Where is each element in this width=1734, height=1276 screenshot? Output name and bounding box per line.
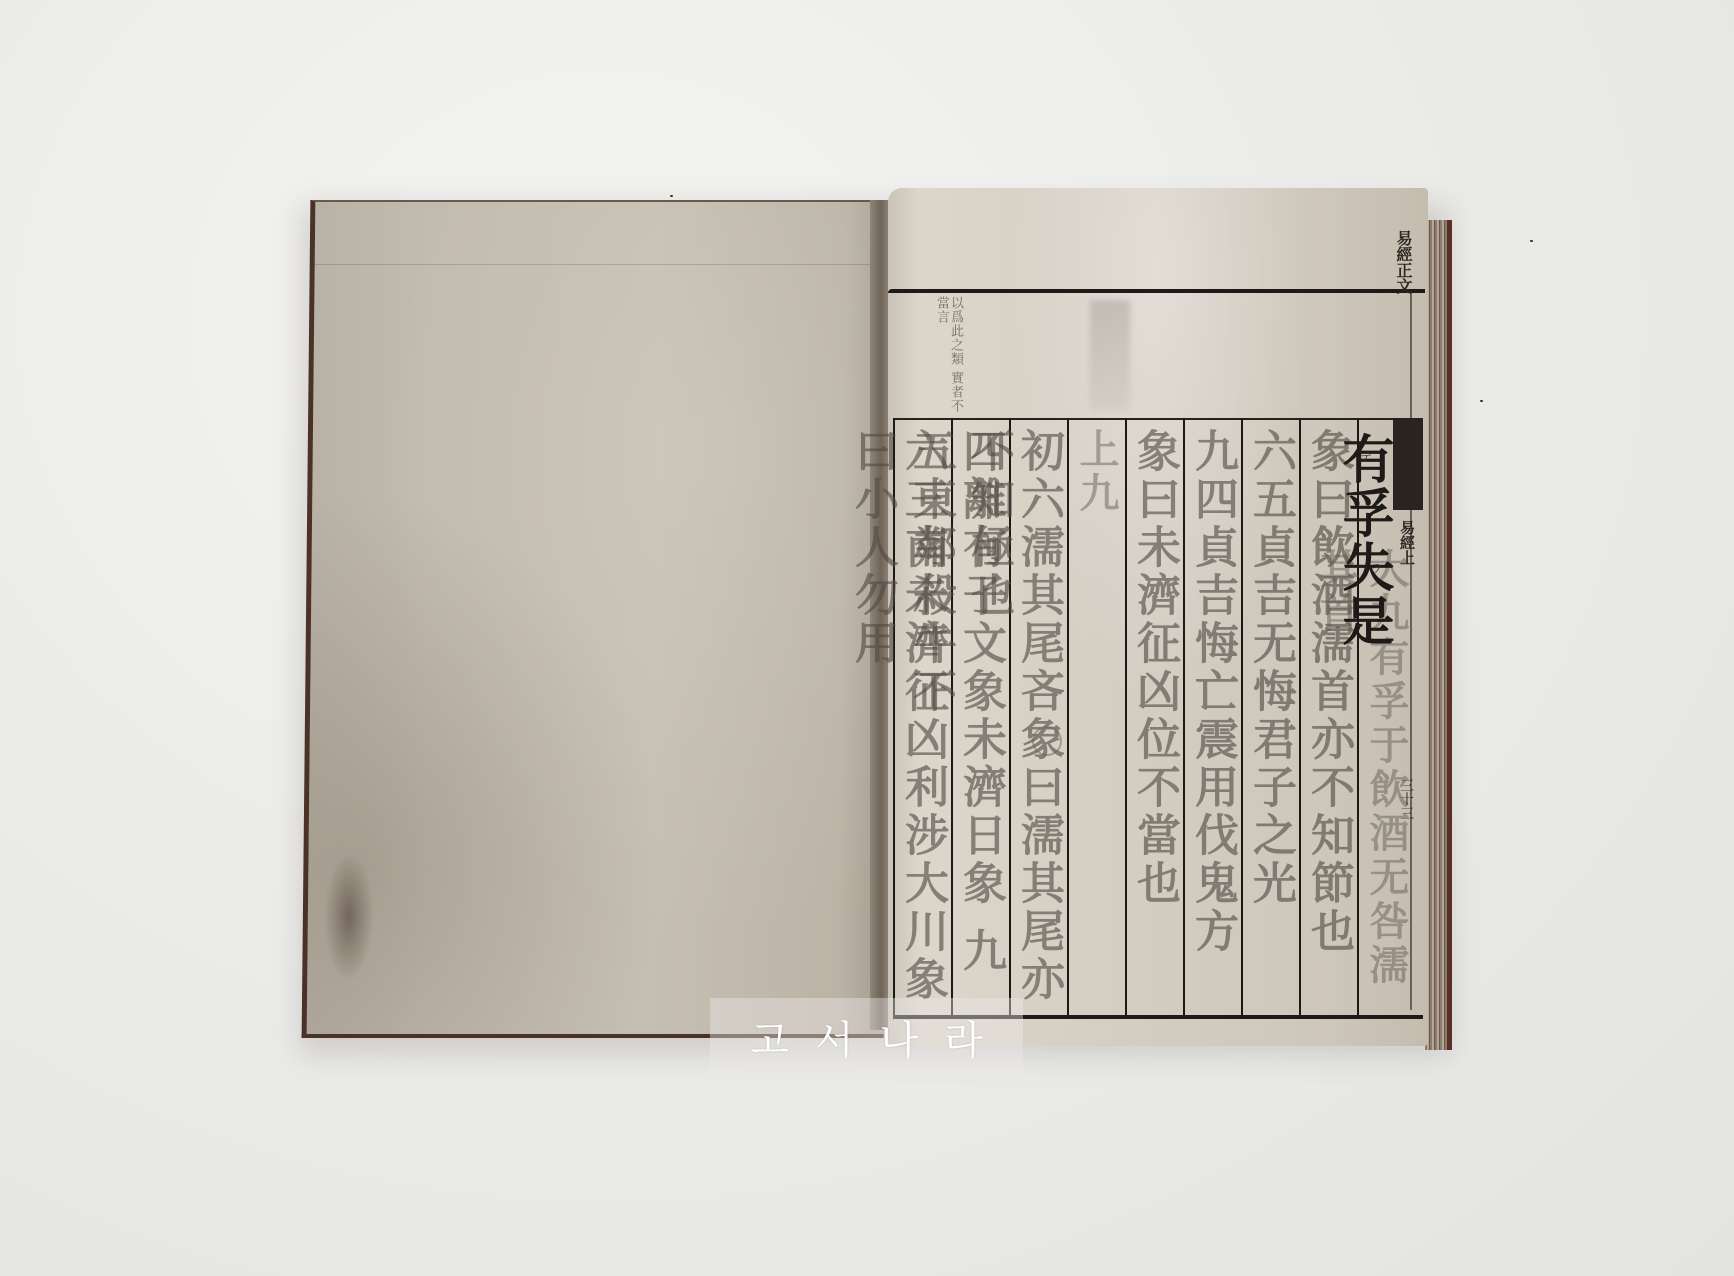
column-rule — [1299, 418, 1301, 1015]
debris-speck — [1530, 240, 1533, 242]
headnote-text: 以爲此之類 實者不當言 — [920, 296, 962, 414]
text-column: 象曰未濟征凶位不當也 — [1129, 428, 1179, 908]
column-rule — [1241, 418, 1243, 1015]
watermark-text: 고서나라 — [724, 1009, 1009, 1066]
bleed-through-text — [1090, 300, 1130, 410]
kana-mark: テ — [1360, 448, 1372, 465]
debris-speck — [670, 195, 673, 197]
text-column: 九四貞吉悔亡震用伐鬼方 — [1187, 428, 1237, 956]
page-edge-stack — [1425, 220, 1452, 1050]
debris-speck — [1480, 400, 1483, 402]
book-photo-scene: 以爲此之類 實者不當言 六三南未濟征凶利涉大川象曰小人勿用 四離有子文象未濟日象… — [0, 0, 1734, 1276]
cover-crease — [315, 264, 892, 265]
punctuation-circle — [1032, 726, 1062, 756]
fishtail-mark — [1393, 420, 1423, 510]
left-inner-cover — [302, 200, 893, 1038]
column-rule — [1125, 418, 1127, 1015]
page-number: 三十三 — [1394, 778, 1416, 820]
column-rule — [1067, 418, 1069, 1015]
upper-margin — [893, 293, 1423, 420]
center-fold-line — [1410, 290, 1412, 1010]
text-column: 初六濡其尾吝象曰濡其尾亦不知極也 — [1013, 428, 1063, 1015]
kana-mark: ラ — [1370, 560, 1382, 577]
text-column: 六五貞吉无悔君子之光 — [1245, 428, 1295, 908]
water-stain — [323, 852, 374, 982]
column-rule — [1183, 418, 1185, 1015]
fold-title: 易經上 — [1393, 520, 1415, 565]
text-column: 上九 — [1071, 428, 1121, 516]
margin-title: 易經正文 — [1388, 230, 1412, 294]
watermark-box: 고서나라 — [710, 998, 1023, 1076]
